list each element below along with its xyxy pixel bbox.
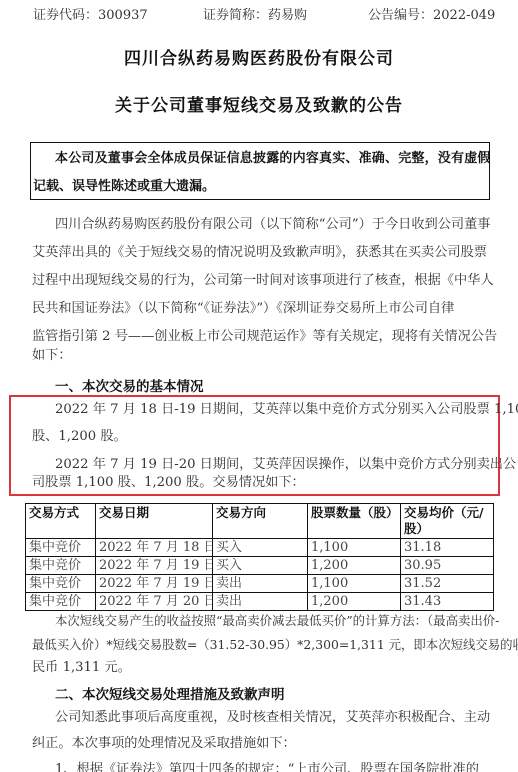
announcement-number: 公告编号：2022-049 (368, 4, 495, 23)
stock-code: 证券代码：300937 (33, 4, 148, 23)
table-row: 集中竞价 2022 年 7 月 18 日 买入 1,100 31.18 (26, 539, 494, 557)
disclosure-line-2: 记载、误导性陈述或重大遗漏。 (33, 175, 215, 194)
column-header: 交易均价（元/股） (401, 504, 494, 539)
trade-direction-cell: 卖出 (213, 575, 308, 593)
column-header: 交易日期 (96, 504, 213, 539)
intro-line: 四川合纵药易购医药股份有限公司（以下简称“公司”）于今日收到公司董事 (55, 216, 490, 234)
column-header: 交易方式 (26, 504, 96, 539)
stock-name: 证券简称：药易购 (203, 4, 307, 23)
trade-date-cell: 2022 年 7 月 19 日 (96, 575, 213, 593)
intro-line: 艾英萍出具的《关于短线交易的情况说明及致歉声明》，获悉其在买卖公司股票 (32, 244, 487, 262)
column-header: 交易方向 (213, 504, 308, 539)
intro-line: 如下： (32, 347, 72, 365)
share-quantity-cell: 1,100 (308, 575, 401, 593)
trade-summary-line: 股、1,200 股。 (32, 428, 127, 446)
announcement-title: 关于公司董事短线交易及致歉的公告 (0, 91, 518, 116)
share-quantity-cell: 1,100 (308, 539, 401, 557)
avg-price-cell: 31.43 (401, 593, 494, 611)
share-quantity-cell: 1,200 (308, 593, 401, 611)
disclosure-statement-box: 本公司及董事会全体成员保证信息披露的内容真实、准确、完整，没有虚假 记载、误导性… (30, 142, 490, 200)
table-row: 集中竞价 2022 年 7 月 20 日 卖出 1,200 31.43 (26, 593, 494, 611)
trade-summary-line: 司股票 1,100 股、1,200 股。交易情况如下： (32, 474, 305, 492)
column-header: 股票数量（股） (308, 504, 401, 539)
avg-price-cell: 30.95 (401, 557, 494, 575)
trade-direction-cell: 买入 (213, 557, 308, 575)
company-title: 四川合纵药易购医药股份有限公司 (0, 44, 518, 69)
section-heading-basic-info: 一、本次交易的基本情况 (55, 375, 204, 395)
intro-line: 监管指引第 2 号——创业板上市公司规范运作》等有关规定，现将有关情况公告 (32, 328, 497, 346)
trade-direction-cell: 卖出 (213, 593, 308, 611)
table-header-row: 交易方式 交易日期 交易方向 股票数量（股） 交易均价（元/股） (26, 504, 494, 539)
announcement-meta: 证券代码：300937 证券简称：药易购 公告编号：2022-049 (0, 4, 518, 22)
profit-calc-line: 民币 1,311 元。 (32, 659, 131, 677)
trade-details-table: 交易方式 交易日期 交易方向 股票数量（股） 交易均价（元/股） 集中竞价 20… (25, 503, 494, 611)
disclosure-line-1: 本公司及董事会全体成员保证信息披露的内容真实、准确、完整，没有虚假 (55, 147, 491, 166)
avg-price-cell: 31.52 (401, 575, 494, 593)
table-row: 集中竞价 2022 年 7 月 19 日 买入 1,200 30.95 (26, 557, 494, 575)
trade-direction-cell: 买入 (213, 539, 308, 557)
trade-date-cell: 2022 年 7 月 20 日 (96, 593, 213, 611)
section-heading-remediation: 二、本次短线交易处理措施及致歉声明 (55, 683, 285, 703)
trade-method-cell: 集中竞价 (26, 575, 96, 593)
remediation-line: 1、根据《证券法》第四十四条的规定：“上市公司、股票在国务院批准的 (55, 761, 479, 772)
trade-summary-line: 2022 年 7 月 19 日-20 日期间，艾英萍因误操作，以集中竞价方式分别… (55, 456, 516, 474)
trade-method-cell: 集中竞价 (26, 539, 96, 557)
trade-date-cell: 2022 年 7 月 19 日 (96, 557, 213, 575)
trade-date-cell: 2022 年 7 月 18 日 (96, 539, 213, 557)
avg-price-cell: 31.18 (401, 539, 494, 557)
trade-method-cell: 集中竞价 (26, 557, 96, 575)
trade-method-cell: 集中竞价 (26, 593, 96, 611)
share-quantity-cell: 1,200 (308, 557, 401, 575)
table-row: 集中竞价 2022 年 7 月 19 日 卖出 1,100 31.52 (26, 575, 494, 593)
remediation-line: 纠正。本次事项的处理情况及采取措施如下： (32, 735, 296, 753)
profit-calc-line: 最低买入价）*短线交易股数=（31.52-30.95）*2,300=1,311 … (32, 636, 518, 654)
profit-calc-line: 本次短线交易产生的收益按照“最高卖价减去最低买价”的计算方法：（最高卖出价- (55, 612, 499, 630)
trade-summary-line: 2022 年 7 月 18 日-19 日期间，艾英萍以集中竞价方式分别买入公司股… (55, 401, 518, 419)
intro-line: 民共和国证券法》（以下简称“《证券法》”）《深圳证券交易所上市公司自律 (32, 300, 454, 318)
intro-line: 过程中出现短线交易的行为，公司第一时间对该事项进行了核查，根据《中华人 (32, 272, 494, 290)
remediation-line: 公司知悉此事项后高度重视，及时核查相关情况，艾英萍亦积极配合、主动 (55, 709, 490, 727)
